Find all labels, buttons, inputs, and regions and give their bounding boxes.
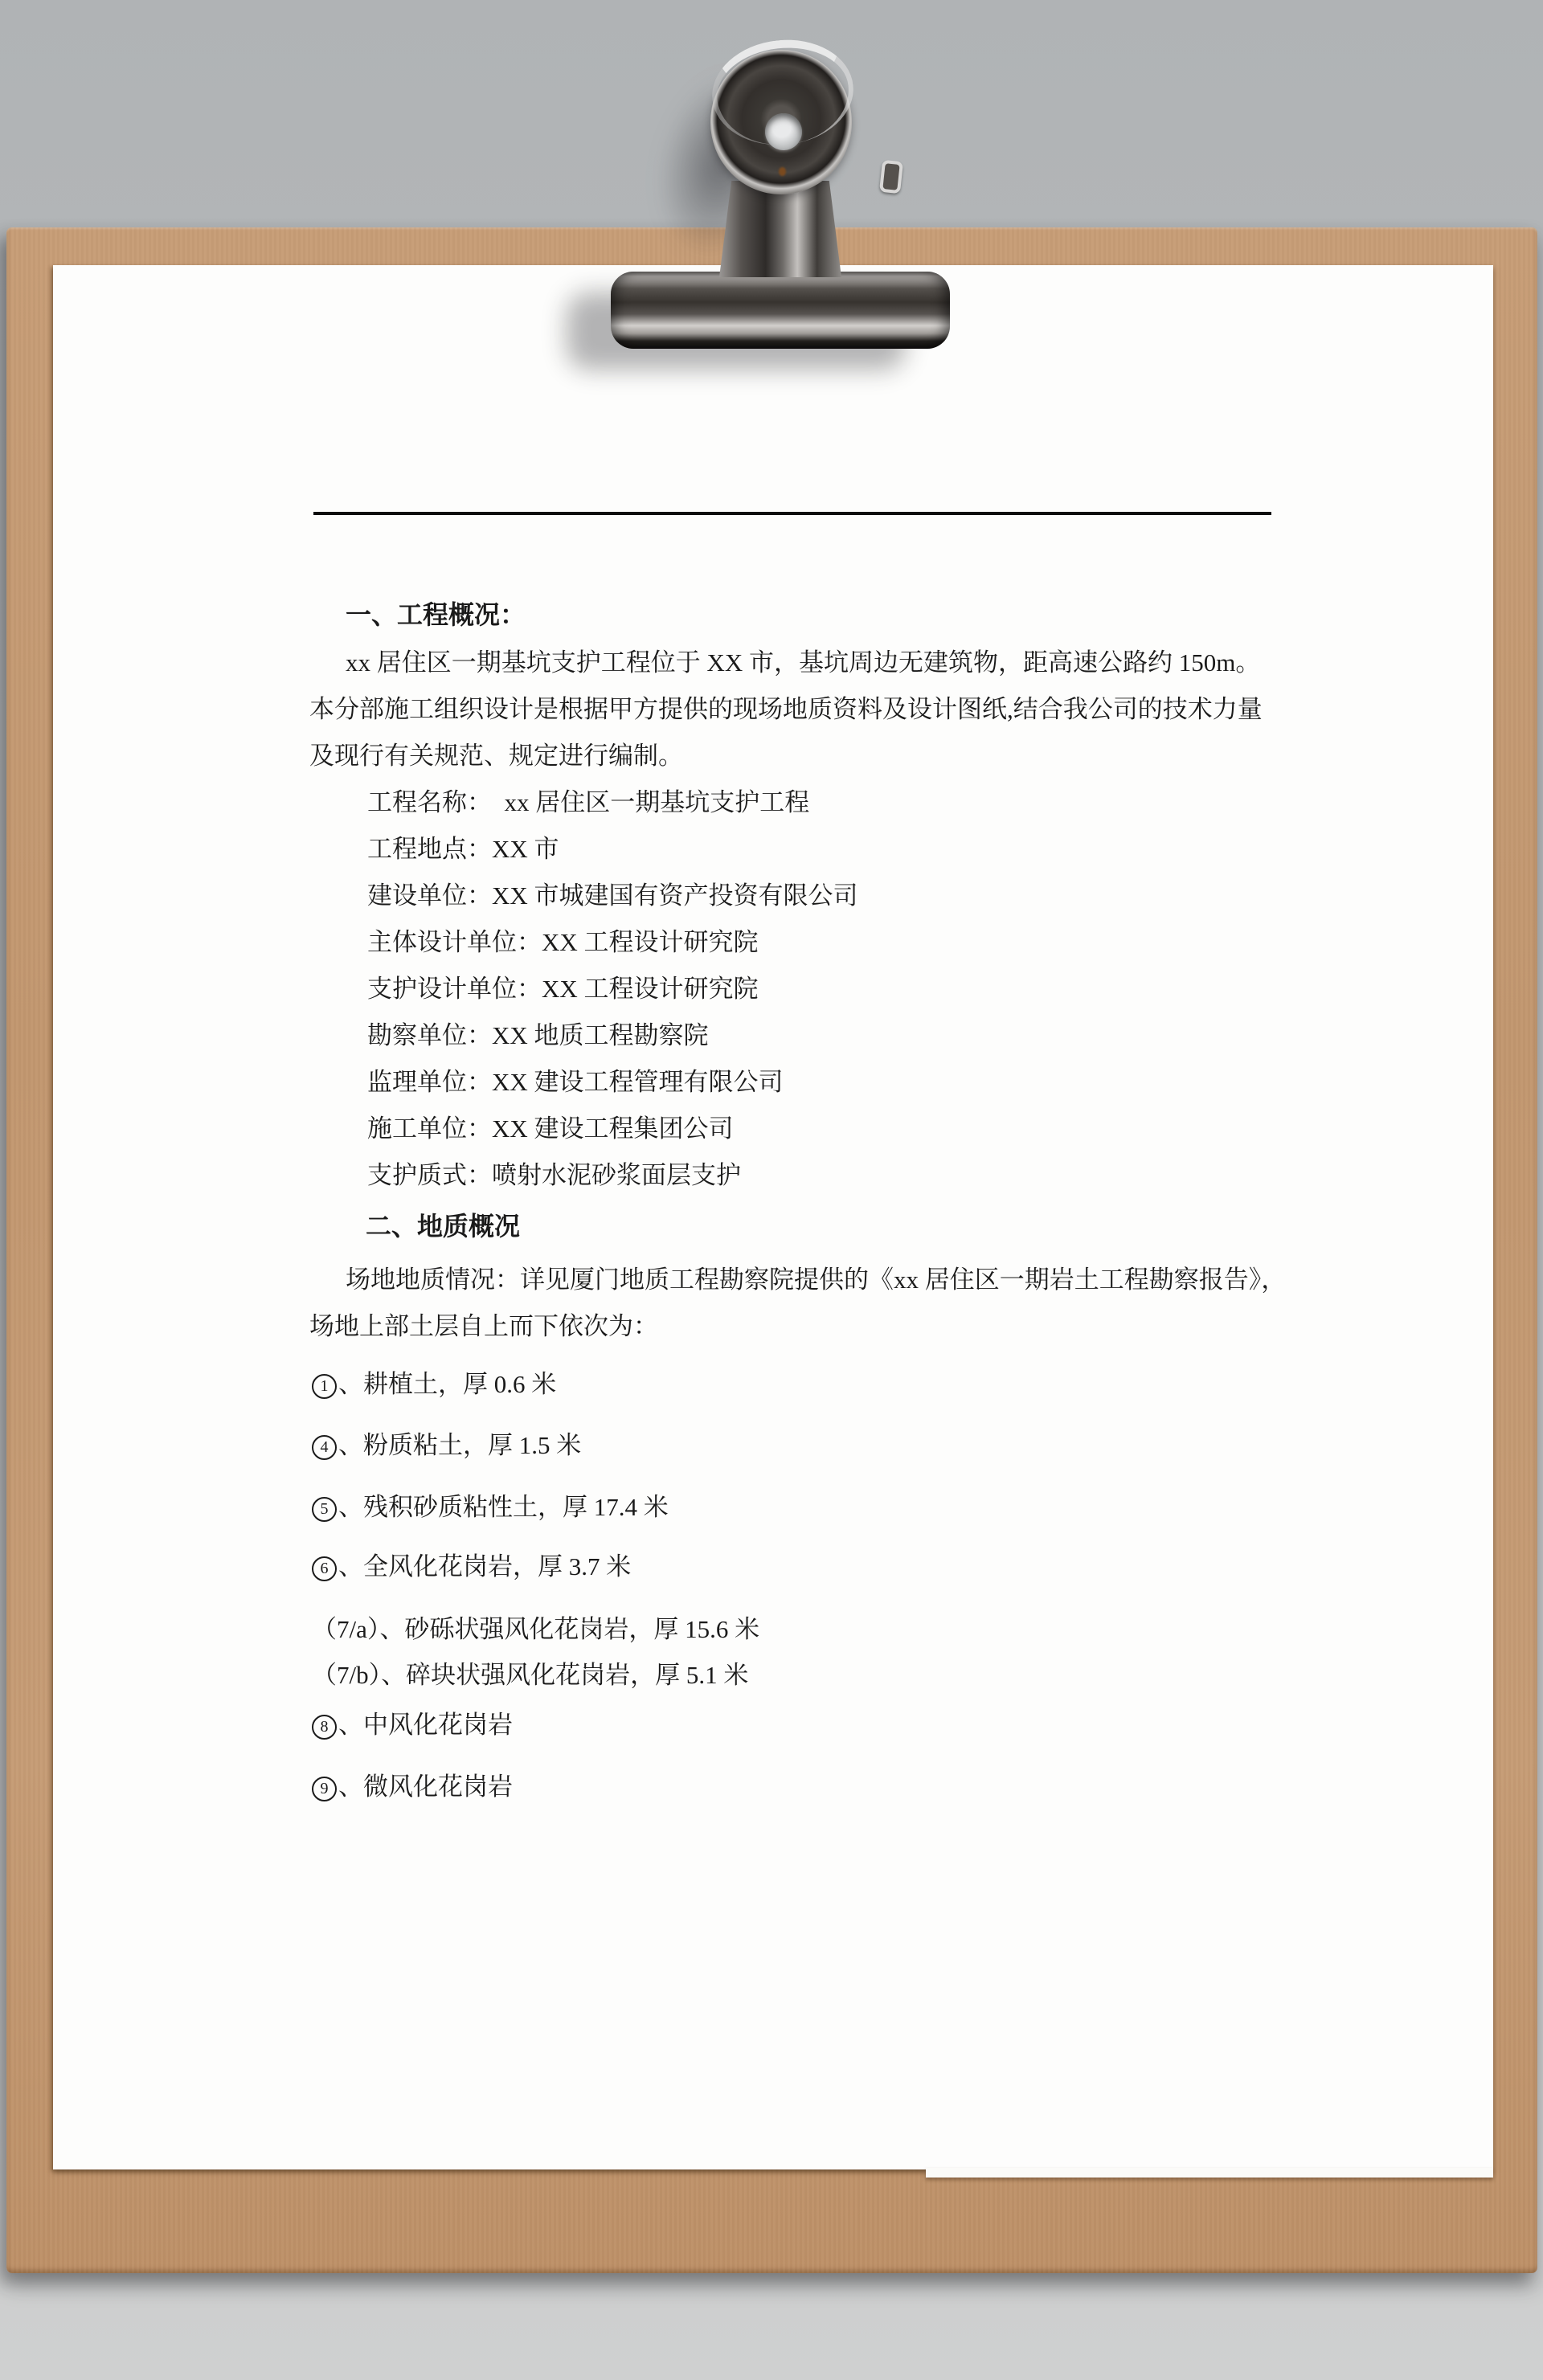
clip-latch-icon bbox=[879, 160, 903, 194]
clip-bar bbox=[611, 272, 950, 349]
soil-layer-item: 1、耕植土，厚 0.6 米 bbox=[312, 1370, 1274, 1399]
layer-text: 、中风化花岗岩 bbox=[338, 1711, 513, 1739]
soil-layer-item: （7/a）、砂砾状强风化花岗岩，厚 15.6 米 bbox=[312, 1615, 1274, 1644]
circled-number: 1 bbox=[312, 1374, 337, 1399]
project-fields: 工程名称： xx 居住区一期基坑支护工程 工程地点：XX 市 建设单位：XX 市… bbox=[309, 779, 1274, 1199]
field-support-design-unit: 支护设计单位：XX 工程设计研究院 bbox=[367, 966, 1274, 1012]
paper-sheet-edge bbox=[926, 2168, 1493, 2178]
layer-text: （7/b）、碎块状强风化花岗岩，厚 5.1 米 bbox=[312, 1661, 748, 1689]
soil-layer-item: 4、粉质粘土，厚 1.5 米 bbox=[312, 1431, 1274, 1460]
layer-text: （7/a）、砂砾状强风化花岗岩，厚 15.6 米 bbox=[312, 1615, 759, 1643]
paragraph-line: 场地上部土层自上而下依次为： bbox=[309, 1303, 1274, 1350]
circled-number: 4 bbox=[312, 1435, 337, 1460]
layer-text: 、微风化花岗岩 bbox=[338, 1773, 513, 1801]
document-content: 一、工程概况： xx 居住区一期基坑支护工程位于 XX 市，基坑周边无建筑物，距… bbox=[309, 512, 1274, 1801]
paragraph-line: 场地地质情况：详见厦门地质工程勘察院提供的《xx 居住区一期岩土工程勘察报告》， bbox=[346, 1257, 1274, 1303]
field-survey-unit: 勘察单位：XX 地质工程勘察院 bbox=[367, 1012, 1274, 1059]
soil-layer-item: （7/b）、碎块状强风化花岗岩，厚 5.1 米 bbox=[312, 1661, 1274, 1690]
soil-layer-item: 6、全风化花岗岩，厚 3.7 米 bbox=[312, 1552, 1274, 1581]
circled-number: 8 bbox=[312, 1715, 337, 1740]
section1-paragraph: xx 居住区一期基坑支护工程位于 XX 市，基坑周边无建筑物，距高速公路约 15… bbox=[309, 640, 1274, 779]
layer-text: 、粉质粘土，厚 1.5 米 bbox=[338, 1431, 581, 1459]
soil-layer-item: 9、微风化花岗岩 bbox=[312, 1773, 1274, 1801]
clipboard-scene: { "scene": { "background_color": "#b7bab… bbox=[0, 0, 1543, 2380]
paragraph-line: 本分部施工组织设计是根据甲方提供的现场地质资料及设计图纸,结合我公司的技术力量 bbox=[309, 686, 1274, 733]
clip-rivet bbox=[779, 167, 786, 176]
layer-text: 、全风化花岗岩，厚 3.7 米 bbox=[338, 1552, 631, 1581]
layer-text: 、耕植土，厚 0.6 米 bbox=[338, 1370, 556, 1398]
circled-number: 6 bbox=[312, 1556, 337, 1581]
field-main-design-unit: 主体设计单位：XX 工程设计研究院 bbox=[367, 919, 1274, 966]
layer-text: 、残积砂质粘性土，厚 17.4 米 bbox=[338, 1493, 669, 1521]
circled-number: 5 bbox=[312, 1497, 337, 1522]
soil-layer-item: 5、残积砂质粘性土，厚 17.4 米 bbox=[312, 1493, 1274, 1522]
clip-hole bbox=[765, 113, 802, 150]
clip-stem bbox=[719, 181, 841, 277]
field-construction-unit: 施工单位：XX 建设工程集团公司 bbox=[367, 1106, 1274, 1152]
field-project-name: 工程名称： xx 居住区一期基坑支护工程 bbox=[367, 779, 1274, 826]
paragraph-line: xx 居住区一期基坑支护工程位于 XX 市，基坑周边无建筑物，距高速公路约 15… bbox=[346, 640, 1274, 686]
paragraph-line: 及现行有关规范、规定进行编制。 bbox=[309, 733, 1274, 779]
circled-number: 9 bbox=[312, 1777, 337, 1801]
document-paper: 一、工程概况： xx 居住区一期基坑支护工程位于 XX 市，基坑周边无建筑物，距… bbox=[53, 265, 1493, 2169]
field-owner-unit: 建设单位：XX 市城建国有资产投资有限公司 bbox=[367, 873, 1274, 919]
field-support-type: 支护质式：喷射水泥砂浆面层支护 bbox=[367, 1152, 1274, 1199]
field-project-location: 工程地点：XX 市 bbox=[367, 826, 1274, 873]
section1-heading: 一、工程概况： bbox=[346, 597, 1274, 632]
soil-layer-item: 8、中风化花岗岩 bbox=[312, 1711, 1274, 1740]
field-supervision-unit: 监理单位：XX 建设工程管理有限公司 bbox=[367, 1059, 1274, 1106]
section2-heading: 二、地质概况 bbox=[366, 1208, 1274, 1244]
clip-spring-head bbox=[710, 50, 852, 194]
section2-paragraph: 场地地质情况：详见厦门地质工程勘察院提供的《xx 居住区一期岩土工程勘察报告》，… bbox=[309, 1257, 1274, 1350]
divider-line bbox=[313, 512, 1271, 515]
